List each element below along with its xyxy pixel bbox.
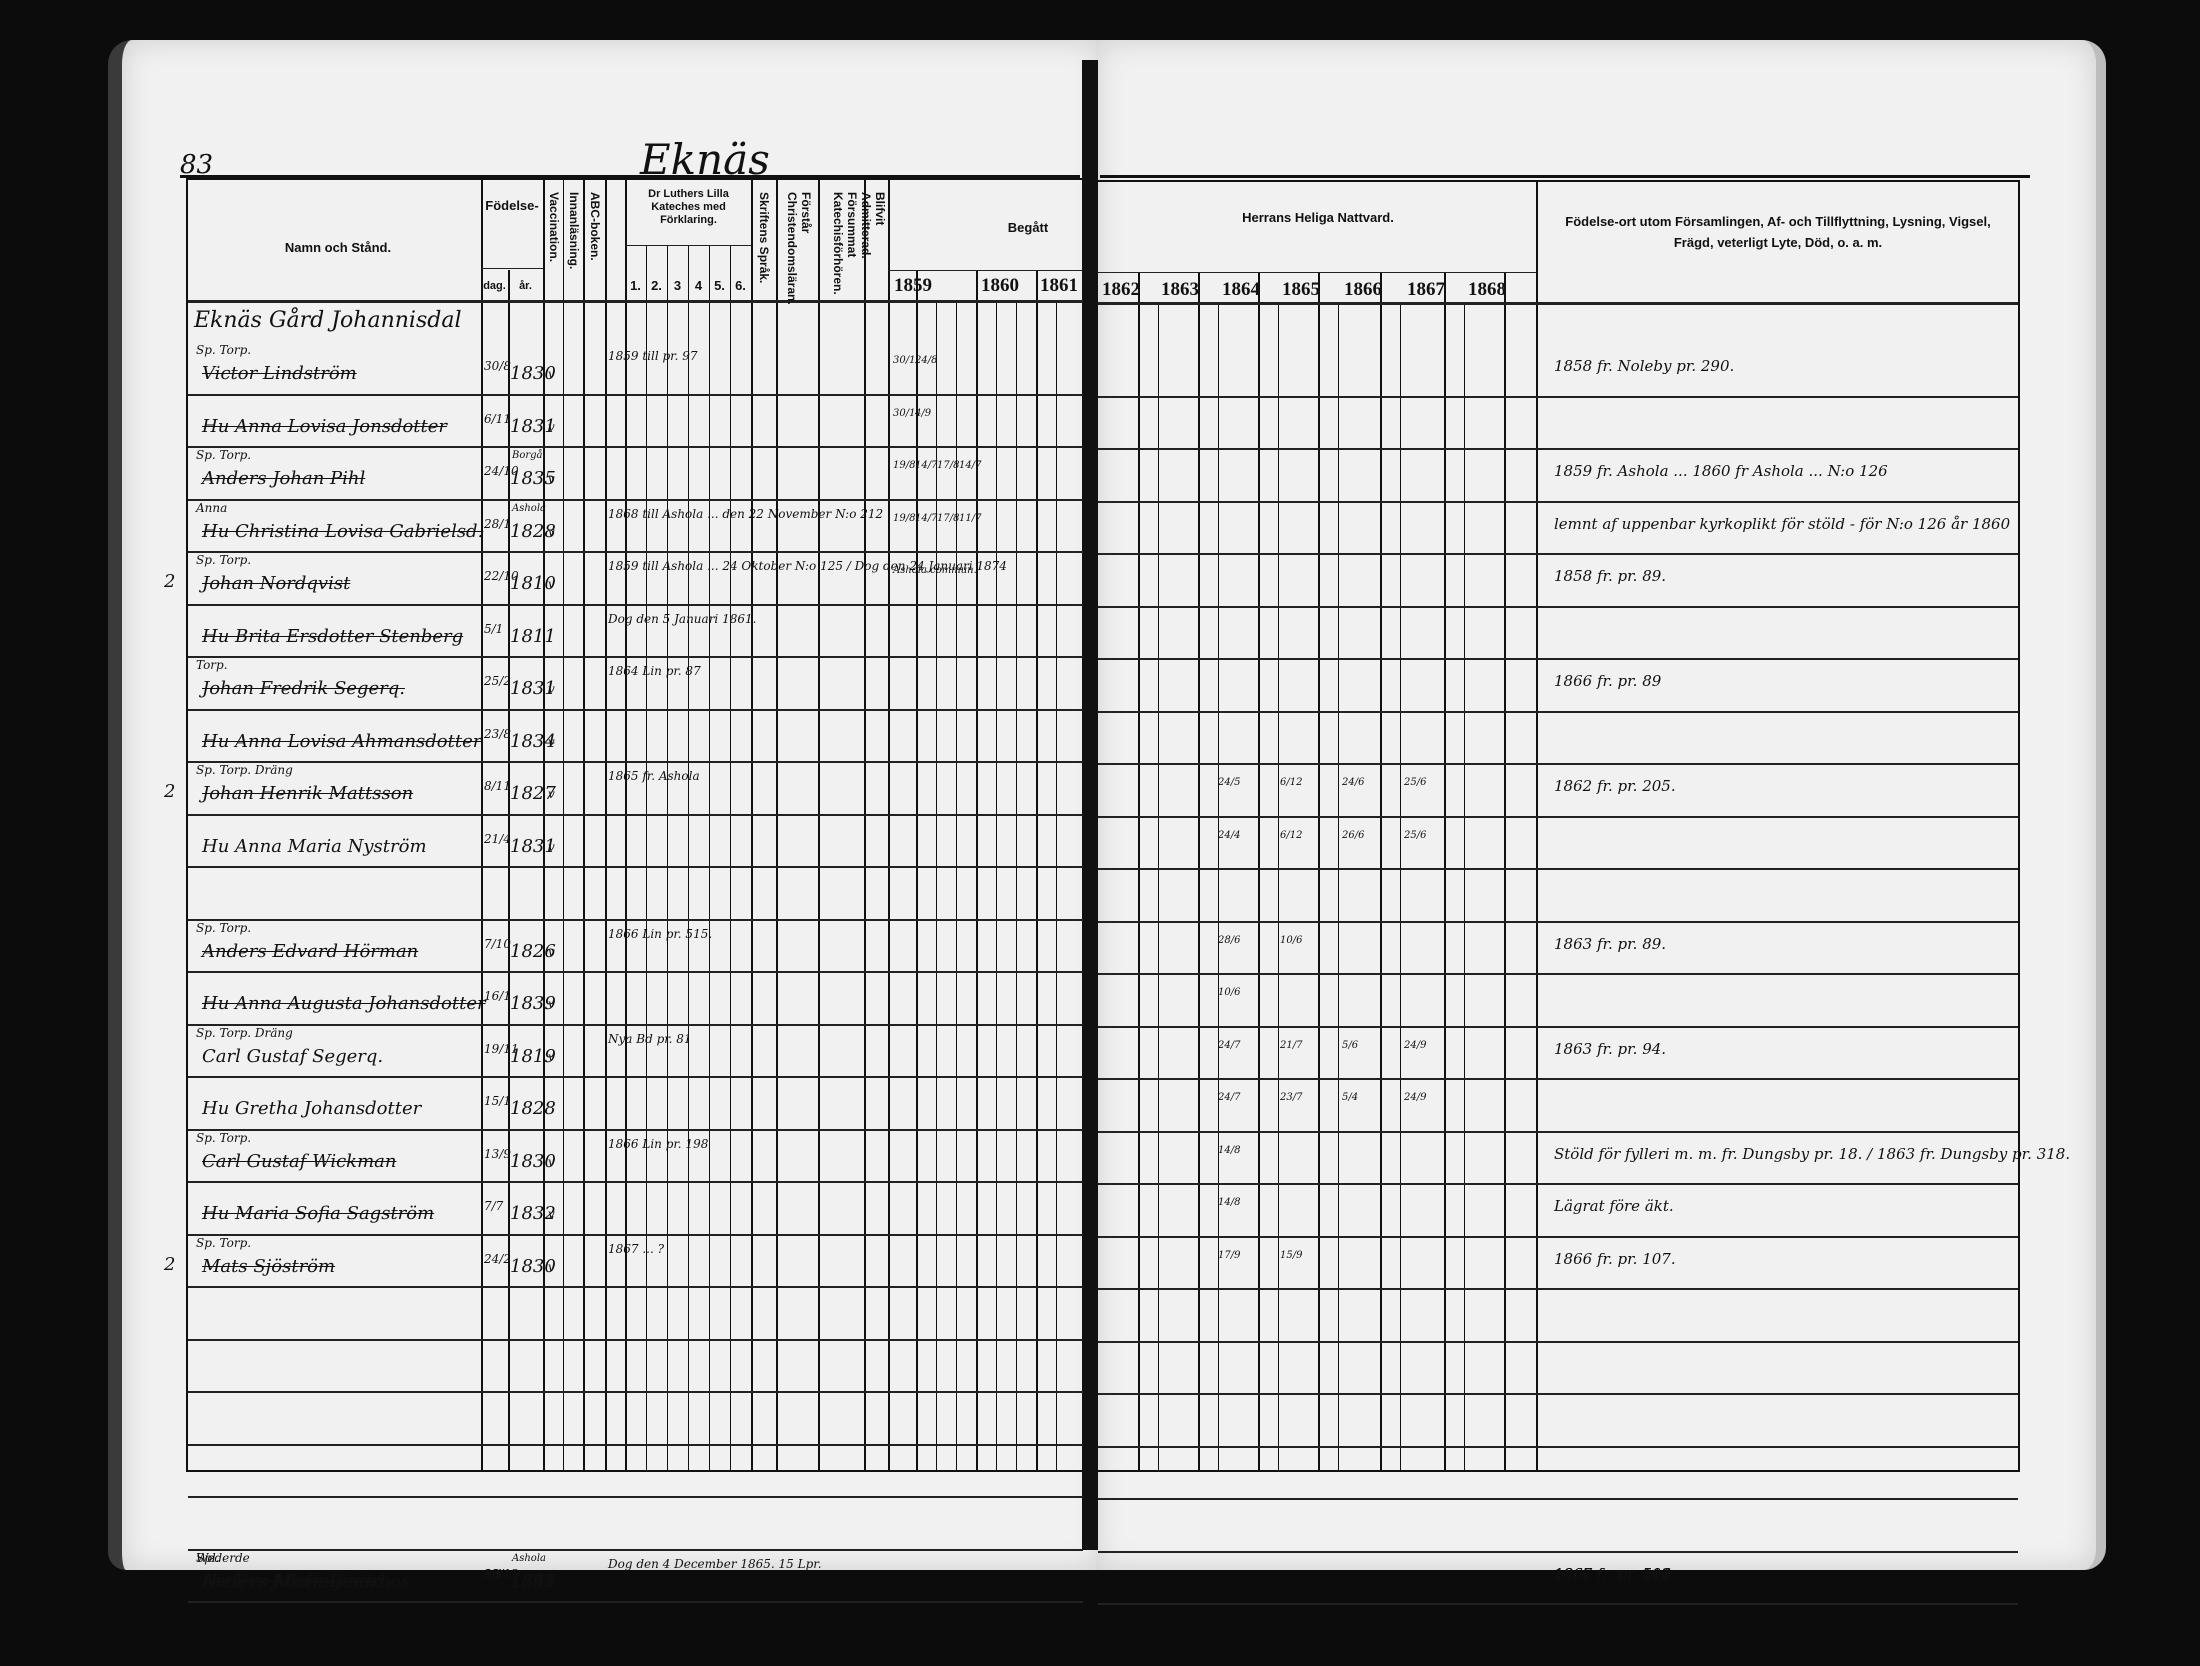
person-name: Hu Brita Ersdotter Stenberg: [202, 626, 463, 647]
catechism-part-5: 5.: [709, 278, 730, 294]
birth-place: Ashola: [512, 503, 546, 514]
person-title: Sp. Torp.: [196, 1236, 251, 1250]
row-rule: [1098, 763, 2018, 765]
header-birth: Födelse-: [481, 198, 543, 214]
row-rule: [1098, 1131, 2018, 1133]
birth-day: 15/1: [484, 1094, 511, 1108]
person-name: Mats Sjöström: [202, 1256, 335, 1277]
year-1866: 1866: [1344, 279, 1382, 301]
communion-date: 14/7: [915, 460, 937, 471]
person-title: Sp. Torp.: [196, 921, 251, 935]
communion-date: 24/9: [1404, 1040, 1426, 1051]
row-rule: [1098, 553, 2018, 555]
row-rule: [1098, 448, 2018, 450]
remark: 1858 fr. pr. 89.: [1554, 567, 1666, 585]
vaccination-mark: v: [548, 472, 555, 486]
communion-date: 23/7: [1280, 1092, 1302, 1103]
margin-mark: 2: [164, 781, 175, 802]
catechism-note: Dog den 5 Januari 1861.: [608, 612, 756, 626]
birth-day: 6/11: [484, 412, 511, 426]
row-rule: [188, 1129, 1083, 1131]
year-1861: 1861: [1040, 275, 1078, 297]
row-rule: [188, 761, 1083, 763]
vaccination-mark: v: [548, 1155, 555, 1169]
row-rule: [188, 1024, 1083, 1026]
communion-date: Ashola commun.: [893, 565, 977, 576]
register-table-right: Herrans Heliga Nattvard. 1862 1863 1864 …: [1098, 180, 2020, 1472]
communion-date: 15/9: [1280, 1250, 1302, 1261]
row-rule: [1098, 501, 2018, 503]
person-title: Wederde: [196, 1551, 250, 1565]
person-name: Anders Michelsson: [202, 1571, 376, 1592]
person-title: Sp. Torp. Dräng: [196, 763, 293, 777]
communion-date: 25/6: [1404, 777, 1426, 788]
vaccination-mark: v: [548, 997, 555, 1011]
register-table-left: Namn och Stånd. Födelse- dag. år. Vaccin…: [186, 178, 1085, 1472]
communion-date: 24/7: [1218, 1092, 1240, 1103]
year-1865: 1865: [1282, 279, 1320, 301]
row-rule: [188, 866, 1083, 868]
communion-date: 14/8: [1218, 1145, 1240, 1156]
birth-day: 5/1: [484, 622, 503, 636]
row-rule: [1098, 658, 2018, 660]
birth-day: 30/8: [484, 359, 511, 373]
header-remarks: Födelse-ort utom Församlingen, Af- och T…: [1553, 212, 2003, 254]
row-rule: [1098, 1603, 2018, 1605]
communion-date: 14/7: [915, 513, 937, 524]
remark: 1859 fr. Ashola ... 1860 fr Ashola ... N…: [1554, 462, 1888, 480]
header-communion-right: Herrans Heliga Nattvard.: [1178, 210, 1458, 226]
remark: 1858 fr. Noleby pr. 290.: [1554, 357, 1734, 375]
row-rule: [188, 1286, 1083, 1288]
vaccination-mark: v: [548, 525, 555, 539]
birth-day: 8/11: [484, 779, 511, 793]
vaccination-mark: v: [548, 787, 555, 801]
header-understands: Förstår Christendomsläran.: [782, 192, 812, 292]
year-1863: 1863: [1161, 279, 1199, 301]
row-rule: [188, 971, 1083, 973]
catechism-note: 1859 till pr. 97: [608, 349, 698, 363]
communion-date: 24/7: [1218, 1040, 1240, 1051]
person-title: Torp.: [196, 658, 228, 672]
year-1859: 1859: [894, 275, 932, 297]
birth-day: 13/9: [484, 1147, 511, 1161]
birth-day: 7/10: [484, 937, 511, 951]
catechism-note: 1865 fr. Ashola: [608, 769, 700, 783]
margin-mark: 2: [164, 1254, 175, 1275]
remark: lemnt af uppenbar kyrkoplikt för stöld -…: [1554, 515, 2010, 533]
remark: Stöld för fylleri m. m. fr. Dungsby pr. …: [1554, 1145, 2070, 1163]
row-rule: [188, 1496, 1083, 1498]
communion-date: 30/1: [893, 355, 915, 366]
row-rule: [1098, 973, 2018, 975]
remark: 1866 fr. pr. 89: [1554, 672, 1661, 690]
row-rule: [1098, 1498, 2018, 1500]
communion-date: 14/8: [1218, 1197, 1240, 1208]
row-rule: [188, 656, 1083, 658]
row-rule: [188, 1444, 1083, 1446]
farm-heading: Eknäs Gård Johannisdal: [194, 308, 462, 333]
row-rule: [188, 604, 1083, 606]
communion-date: 10/6: [1218, 987, 1240, 998]
row-rule: [1098, 1026, 2018, 1028]
birth-place: Ashola: [512, 1553, 546, 1564]
communion-date: 24/9: [1404, 1092, 1426, 1103]
row-rule: [1098, 1446, 2018, 1448]
row-rule: [188, 1339, 1083, 1341]
birth-place: Borgå: [512, 450, 543, 461]
catechism-note: 1866 Lin pr. 515.: [608, 927, 712, 941]
communion-date: 30/1: [893, 408, 915, 419]
vaccination-mark: v: [548, 1207, 555, 1221]
person-title: Sp. Torp. Dräng: [196, 1026, 293, 1040]
catechism-part-6: 6.: [730, 278, 751, 294]
communion-date: 6/12: [1280, 777, 1302, 788]
communion-date: 6/12: [1280, 830, 1302, 841]
remark: 1863 fr. pr. 89.: [1554, 935, 1666, 953]
person-name: Hu Anna Lovisa Ahmansdotter: [202, 731, 481, 752]
row-rule: [1098, 1078, 2018, 1080]
remark: Lägrat före äkt.: [1554, 1197, 1674, 1215]
year-1864: 1864: [1222, 279, 1260, 301]
vaccination-mark: v: [548, 367, 555, 381]
communion-date: 28/6: [1218, 935, 1240, 946]
header-birth-year: år.: [508, 280, 543, 293]
row-rule: [188, 1076, 1083, 1078]
person-name: Hu Maria Sofia Sagström: [202, 1203, 434, 1224]
communion-date: 11/7: [959, 513, 981, 524]
row-rule: [188, 1601, 1083, 1603]
row-rule: [1098, 1183, 2018, 1185]
row-rule: [1098, 1341, 2018, 1343]
row-rule: [1098, 1393, 2018, 1395]
birth-day: 9/11: [484, 1567, 511, 1581]
person-name: Carl Gustaf Wickman: [202, 1151, 396, 1172]
person-name: Hu Christina Lovisa Gabrielsd.: [202, 521, 483, 542]
communion-date: 19/8: [893, 513, 915, 524]
header-reading: Innanläsning.: [566, 192, 580, 292]
person-name: Carl Gustaf Segerq.: [202, 1046, 383, 1067]
row-rule: [1098, 1551, 2018, 1553]
communion-date: 26/6: [1342, 830, 1364, 841]
header-communion-left: Begått: [978, 220, 1078, 236]
birth-year: 1811: [510, 626, 556, 647]
row-rule: [188, 919, 1083, 921]
person-title: Sp. Torp.: [196, 553, 251, 567]
person-name: Victor Lindström: [202, 363, 357, 384]
catechism-note: 1866 Lin pr. 198: [608, 1137, 708, 1151]
person-name: Johan Fredrik Segerq.: [202, 678, 405, 699]
row-rule: [188, 814, 1083, 816]
row-rule: [1098, 1236, 2018, 1238]
row-rule: [1098, 816, 2018, 818]
margin-mark: 2: [164, 571, 175, 592]
remark: 1866 fr. pr. 102.: [1554, 1565, 1676, 1583]
row-rule: [188, 709, 1083, 711]
catechism-note: 1867 ... ?: [608, 1242, 664, 1256]
communion-date: 24/5: [1218, 777, 1240, 788]
catechism-note: 1864 Lin pr. 87: [608, 664, 701, 678]
communion-date: 14/7: [959, 460, 981, 471]
header-admitted: Blifvit Admitterad.: [868, 192, 886, 272]
row-rule: [188, 394, 1083, 396]
communion-date: 17/8: [937, 513, 959, 524]
row-rule: [188, 1391, 1083, 1393]
communion-date: 21/7: [1280, 1040, 1302, 1051]
year-1862: 1862: [1102, 279, 1140, 301]
catechism-part-3: 3: [667, 278, 688, 294]
person-title: Sp. Torp.: [196, 343, 251, 357]
vaccination-mark: v: [548, 945, 555, 959]
catechism-note: Nya Bd pr. 81: [608, 1032, 692, 1046]
person-name: Hu Anna Augusta Johansdotter: [202, 993, 486, 1014]
person-name: Hu Anna Lovisa Jonsdotter: [202, 416, 447, 437]
year-1860: 1860: [981, 275, 1019, 297]
row-rule: [1098, 396, 2018, 398]
vaccination-mark: v: [548, 1050, 555, 1064]
birth-day: 7/7: [484, 1199, 503, 1213]
header-birth-day: dag.: [481, 280, 508, 293]
header-abc: ABC-boken.: [587, 192, 601, 292]
vaccination-mark: v: [548, 840, 555, 854]
catechism-part-2: 2.: [646, 278, 667, 294]
communion-date: 5/6: [1342, 1040, 1358, 1051]
communion-date: 4/9: [915, 408, 931, 419]
birth-day: 28/1: [484, 517, 511, 531]
person-name: Anders Edvard Hörman: [202, 941, 418, 962]
row-rule: [188, 446, 1083, 448]
communion-date: 25/6: [1404, 830, 1426, 841]
remark: 1866 fr. pr. 107.: [1554, 1250, 1676, 1268]
birth-day: 16/1: [484, 989, 511, 1003]
person-name: Hu Anna Maria Nyström: [202, 836, 427, 857]
year-1867: 1867: [1407, 279, 1445, 301]
birth-day: 25/2: [484, 674, 511, 688]
communion-date: 5/4: [1342, 1092, 1358, 1103]
row-rule: [1098, 868, 2018, 870]
catechism-part-1: 1.: [625, 278, 646, 294]
birth-year: 1828: [510, 1098, 556, 1119]
person-name: Johan Nordqvist: [202, 573, 350, 594]
top-rule-right: [1100, 175, 2030, 178]
row-rule: [1098, 1288, 2018, 1290]
header-neglected: Försummat Katechisförhören.: [824, 192, 858, 292]
birth-day: 24/2: [484, 1252, 511, 1266]
row-rule: [1098, 606, 2018, 608]
vaccination-mark: v: [548, 735, 555, 749]
header-catechism: Dr Luthers Lilla Kateches med Förklaring…: [626, 188, 751, 228]
year-1868: 1868: [1468, 279, 1506, 301]
header-name: Namn och Stånd.: [248, 240, 428, 256]
header-vaccination: Vaccination.: [546, 192, 560, 292]
person-title: Anna: [196, 501, 227, 515]
communion-date: 19/8: [893, 460, 915, 471]
person-name: Johan Henrik Mattsson: [202, 783, 413, 804]
communion-date: 24/6: [1342, 777, 1364, 788]
birth-day: 23/8: [484, 727, 511, 741]
person-title: Sp. Torp.: [196, 1131, 251, 1145]
communion-date: 10/6: [1280, 935, 1302, 946]
communion-date: 17/8: [937, 460, 959, 471]
remark: 1862 fr. pr. 205.: [1554, 777, 1676, 795]
person-title: Sp. Torp.: [196, 448, 251, 462]
row-rule: [1098, 711, 2018, 713]
person-name: Hu Gretha Johansdotter: [202, 1098, 421, 1119]
row-rule: [188, 499, 1083, 501]
row-rule: [188, 1234, 1083, 1236]
header-scripture: Skriftens Språk.: [756, 192, 770, 292]
remark: 1863 fr. pr. 94.: [1554, 1040, 1666, 1058]
row-rule: [188, 1181, 1083, 1183]
birth-year: 1797: [510, 1571, 556, 1592]
communion-date: 24/8: [915, 355, 937, 366]
vaccination-mark: v: [548, 682, 555, 696]
vaccination-mark: v: [548, 577, 555, 591]
communion-date: 24/4: [1218, 830, 1240, 841]
catechism-note: Dog den 4 December 1865. 15 Lpr.: [608, 1557, 822, 1571]
birth-day: 21/4: [484, 832, 511, 846]
vaccination-mark: v: [548, 1260, 555, 1274]
person-name: Anders Johan Pihl: [202, 468, 365, 489]
catechism-note: 1868 till Ashola ... den 22 November N:o…: [608, 507, 883, 521]
vaccination-mark: v: [548, 420, 555, 434]
row-rule: [188, 551, 1083, 553]
row-rule: [1098, 921, 2018, 923]
catechism-part-4: 4: [688, 278, 709, 294]
row-rule: [188, 1549, 1083, 1551]
communion-date: 17/9: [1218, 1250, 1240, 1261]
